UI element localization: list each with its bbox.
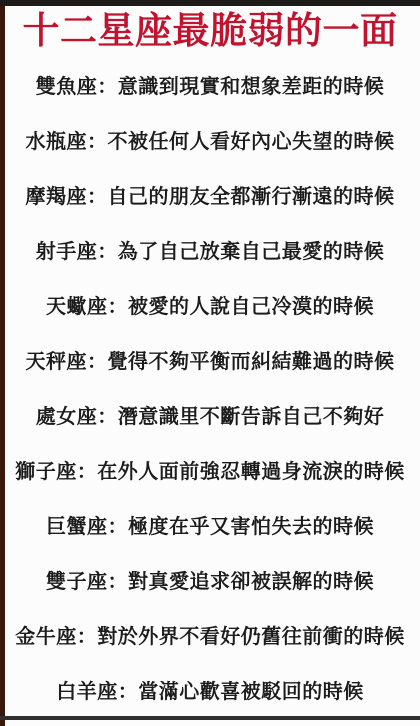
zodiac-line-scorpio: 天蠍座：被愛的人說自己冷漠的時候	[5, 277, 415, 332]
zodiac-line-libra: 天秤座：覺得不夠平衡而糾結難過的時候	[5, 332, 415, 387]
zodiac-list: 雙魚座：意識到現實和想象差距的時候 水瓶座：不被任何人看好內心失望的時候 摩羯座…	[5, 57, 415, 717]
zodiac-line-pisces: 雙魚座：意識到現實和想象差距的時候	[5, 57, 415, 112]
zodiac-line-cancer: 巨蟹座：極度在乎又害怕失去的時候	[5, 497, 415, 552]
top-border	[0, 0, 420, 6]
zodiac-poster: 十二星座最脆弱的一面 雙魚座：意識到現實和想象差距的時候 水瓶座：不被任何人看好…	[0, 0, 420, 726]
zodiac-line-virgo: 處女座：潛意識里不斷告訴自己不夠好	[5, 387, 415, 442]
zodiac-line-capricorn: 摩羯座：自己的朋友全都漸行漸遠的時候	[5, 167, 415, 222]
zodiac-line-aries: 白羊座：當滿心歡喜被駁回的時候	[5, 662, 415, 717]
zodiac-line-gemini: 雙子座：對真愛追求卻被誤解的時候	[5, 552, 415, 607]
page-title: 十二星座最脆弱的一面	[5, 8, 415, 56]
zodiac-line-taurus: 金牛座：對於外界不看好仍舊往前衝的時候	[5, 607, 415, 662]
zodiac-line-leo: 獅子座：在外人面前強忍轉過身流淚的時候	[5, 442, 415, 497]
zodiac-line-aquarius: 水瓶座：不被任何人看好內心失望的時候	[5, 112, 415, 167]
left-border	[0, 0, 5, 726]
zodiac-line-sagittarius: 射手座：為了自己放棄自己最愛的時候	[5, 222, 415, 277]
bottom-border	[0, 716, 420, 720]
